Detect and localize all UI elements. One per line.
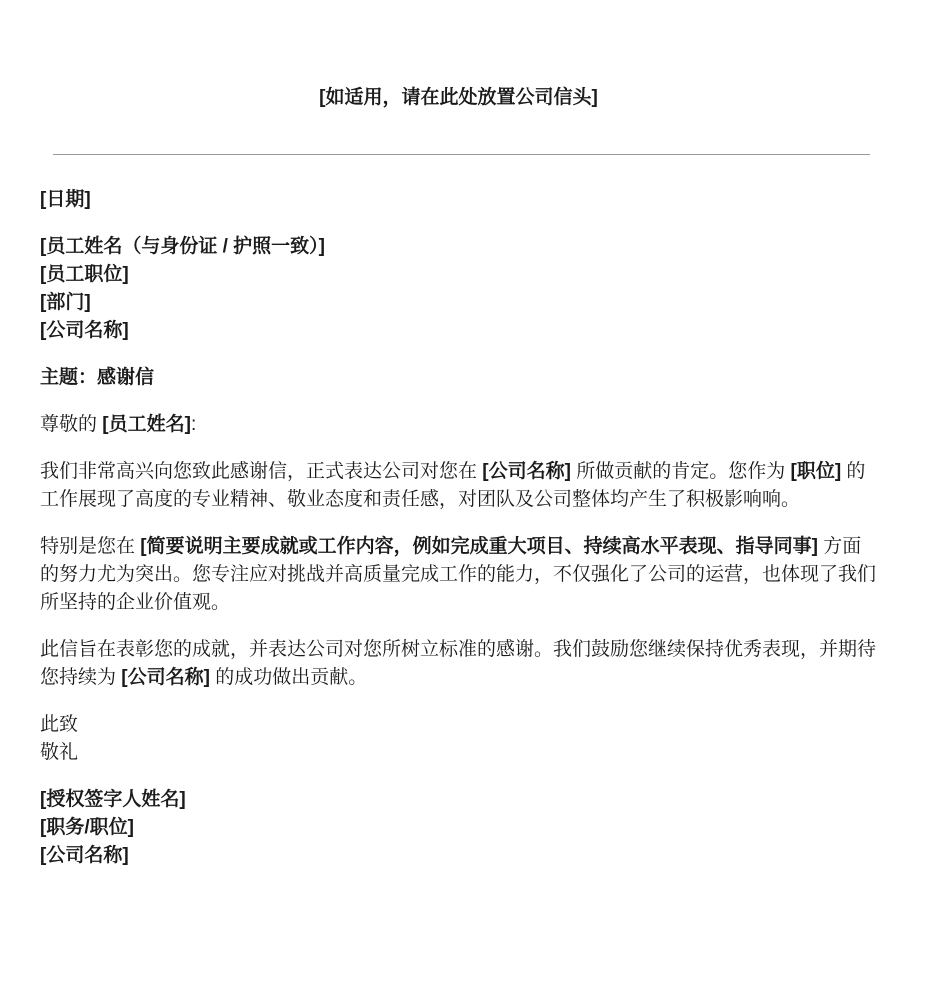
company-name-placeholder: [公司名称] [121,667,210,688]
signature-block: [授权签字人姓名] [职务/职位] [公司名称] [40,786,877,870]
signature-company-line: [公司名称] [40,842,877,870]
paragraph-text: 我们非常高兴向您致此感谢信，正式表达公司对您在 [40,461,482,482]
salutation-prefix: 尊敬的 [40,414,102,435]
body-paragraph-2: 特别是您在 [简要说明主要成就或工作内容，例如完成重大项目、持续高水平表现、指导… [40,533,877,617]
letterhead-placeholder: [如适用，请在此处放置公司信头] [40,84,877,112]
company-name-placeholder: [公司名称] [482,461,571,482]
closing-block: 此致 敬礼 [40,711,877,767]
paragraph-text: 的成功做出贡献。 [210,667,367,688]
salutation-name-placeholder: [员工姓名] [102,414,191,435]
closing-line-1: 此致 [40,711,877,739]
date-line: [日期] [40,186,877,214]
letterhead-divider [53,154,870,155]
closing-line-2: 敬礼 [40,739,877,767]
recipient-department-line: [部门] [40,289,877,317]
salutation-line: 尊敬的 [员工姓名]: [40,411,877,439]
subject-line: 主题：感谢信 [40,364,877,392]
salutation-suffix: : [191,414,196,435]
recipient-name-line: [员工姓名（与身份证 / 护照一致）] [40,233,877,261]
paragraph-text: 所做贡献的肯定。您作为 [571,461,791,482]
recipient-block: [员工姓名（与身份证 / 护照一致）] [员工职位] [部门] [公司名称] [40,233,877,345]
recipient-position-line: [员工职位] [40,261,877,289]
body-paragraph-3: 此信旨在表彰您的成就，并表达公司对您所树立标准的感谢。我们鼓励您继续保持优秀表现… [40,636,877,692]
body-paragraph-1: 我们非常高兴向您致此感谢信，正式表达公司对您在 [公司名称] 所做贡献的肯定。您… [40,458,877,514]
achievement-placeholder: [简要说明主要成就或工作内容，例如完成重大项目、持续高水平表现、指导同事] [140,536,818,557]
letter-document: [如适用，请在此处放置公司信头] [日期] [员工姓名（与身份证 / 护照一致）… [0,0,940,982]
signature-name-line: [授权签字人姓名] [40,786,877,814]
signature-title-line: [职务/职位] [40,814,877,842]
recipient-company-line: [公司名称] [40,317,877,345]
position-placeholder: [职位] [791,461,842,482]
paragraph-text: 特别是您在 [40,536,140,557]
